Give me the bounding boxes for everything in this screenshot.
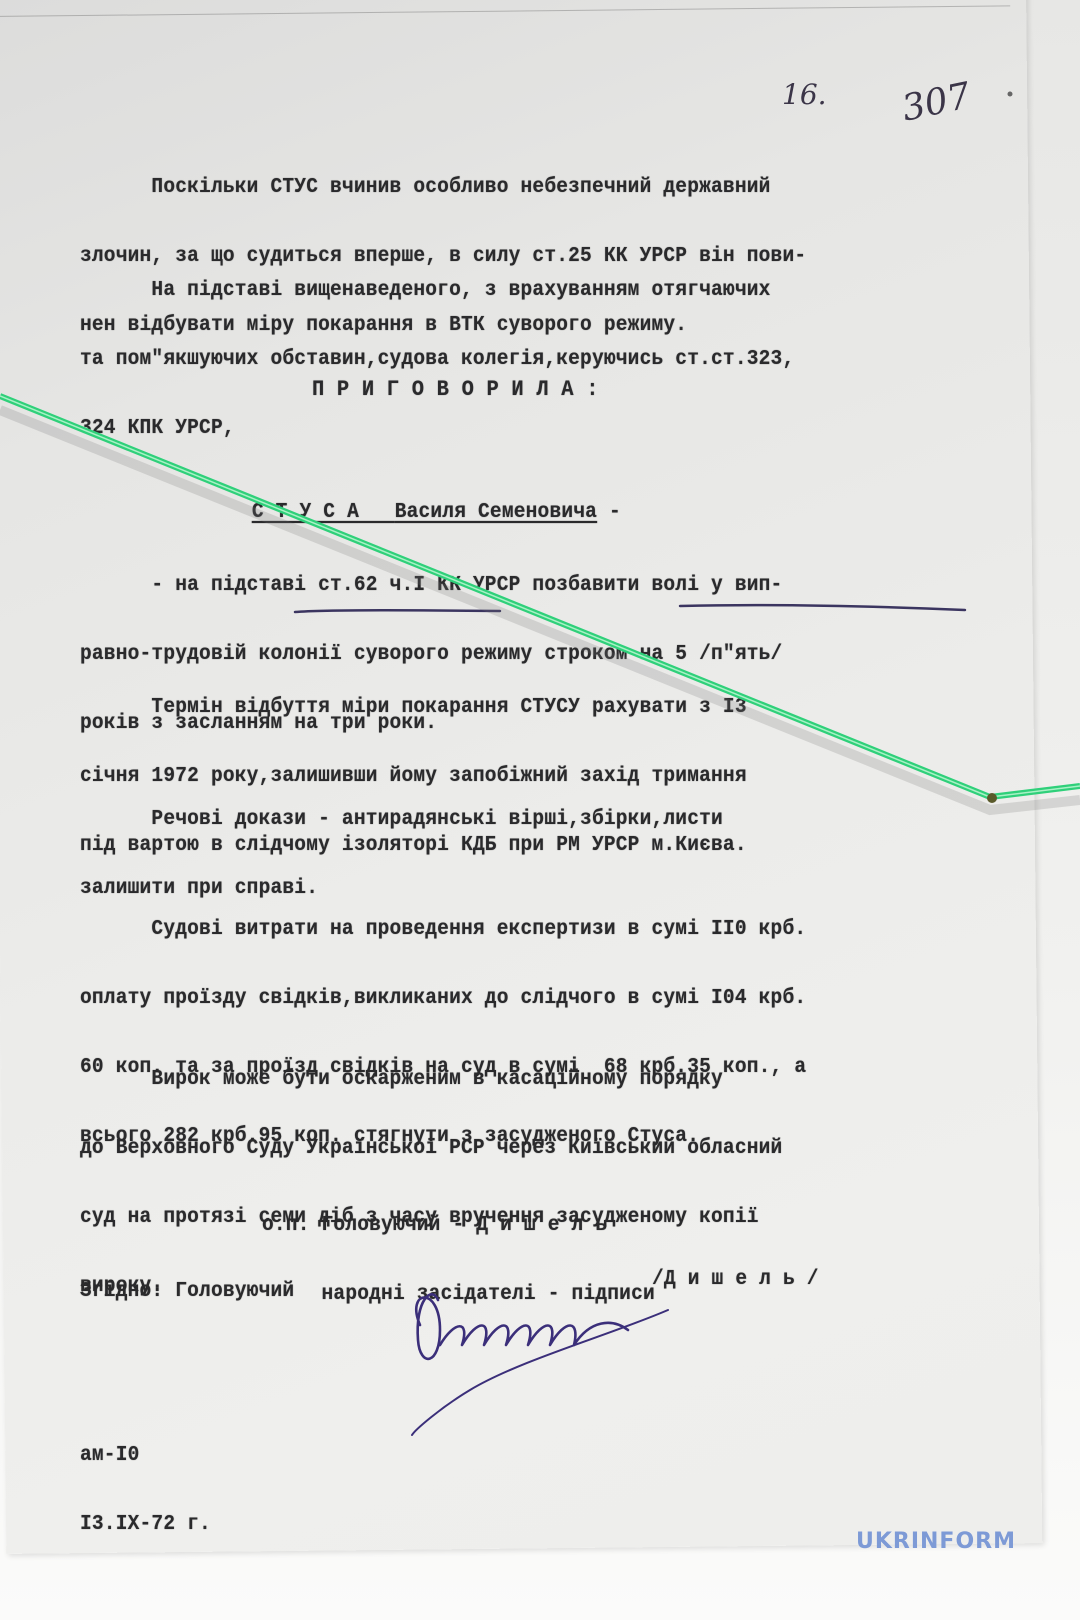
pen-underline xyxy=(295,605,965,612)
green-string xyxy=(0,396,1080,810)
signature-icon xyxy=(412,1294,668,1435)
grommet-icon xyxy=(987,793,997,803)
ukrinform-watermark: UKRINFORM xyxy=(856,1529,1016,1554)
pin-dot-icon xyxy=(1008,92,1013,97)
overlay-graphics xyxy=(0,0,1080,1620)
